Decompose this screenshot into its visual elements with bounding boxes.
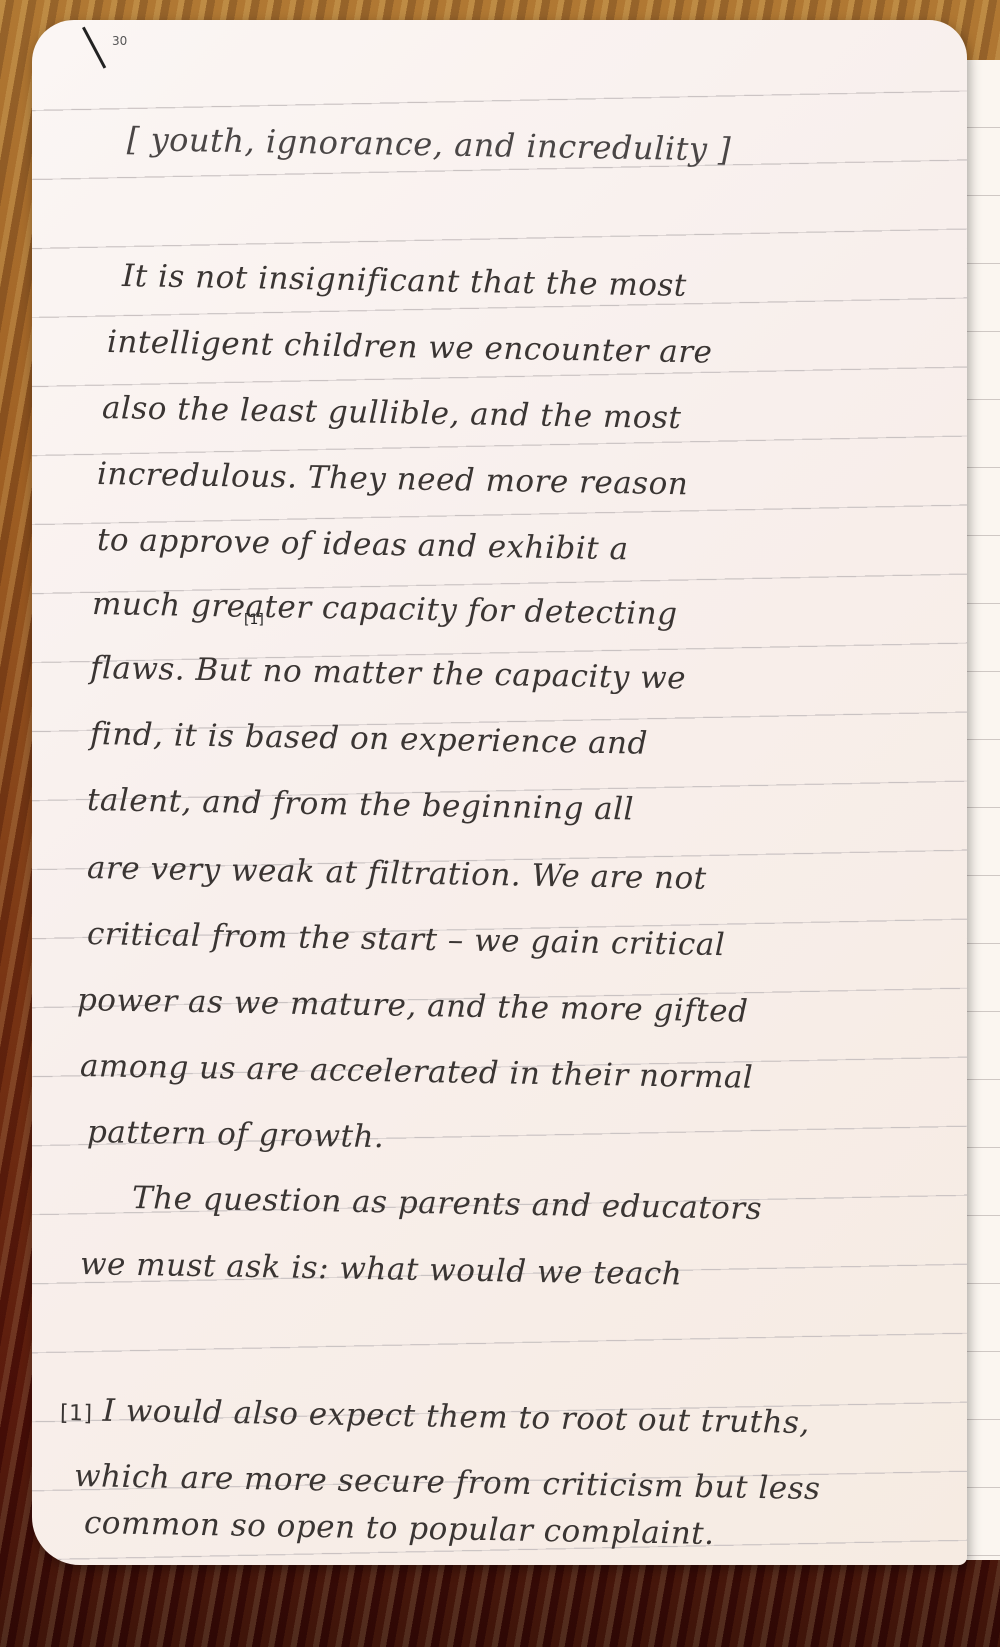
body-line: pattern of growth. xyxy=(87,1114,385,1155)
next-page-edge xyxy=(965,60,1000,1560)
footnote-ref: [1] xyxy=(60,1401,93,1427)
page-number: 30 xyxy=(112,34,127,48)
footnote-marker: [1] xyxy=(244,612,264,628)
notebook-page: 30 [ youth, ignorance, and incredulity ]… xyxy=(32,20,967,1565)
